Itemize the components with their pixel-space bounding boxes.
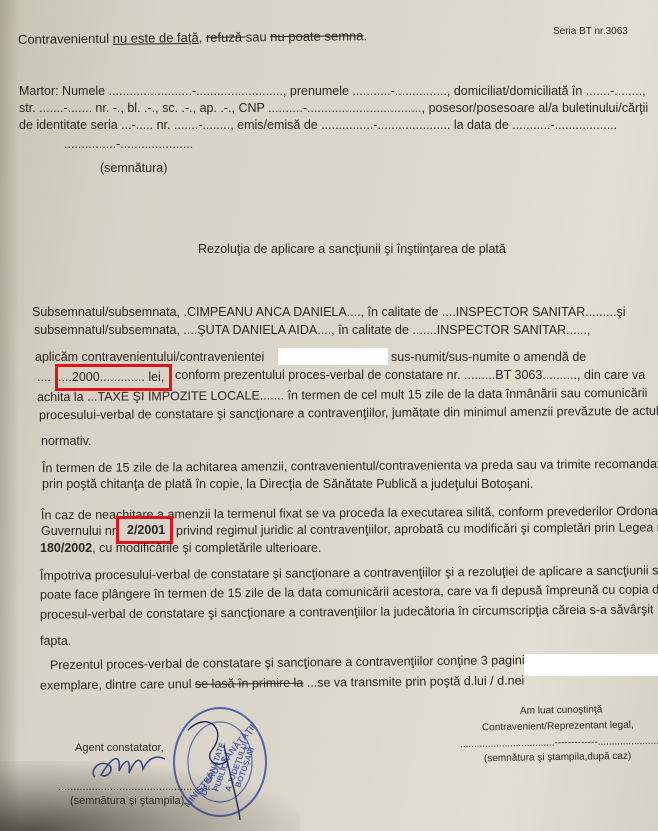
fine-line-4: procesului-verbal de constatare şi sancţ… (39, 403, 658, 423)
witness-line-2: str. .......-....... nr. -., bl. .-., sc… (19, 100, 648, 116)
presence-underlined: nu este de față (113, 30, 199, 46)
highlight-fine-amount (55, 364, 172, 391)
fine-line-1a: aplicăm contravenientului/contraveniente… (35, 349, 264, 365)
law-number: 180/2002 (40, 541, 92, 555)
copies-struck: se lasă în primire la (195, 676, 304, 691)
fine-line-1b: sus-numit/sus-numite o amendă de (391, 349, 586, 365)
resolution-title: Rezoluţia de aplicare a sancţiunii şi în… (198, 241, 506, 257)
witness-line-4: ...............-..................... (64, 136, 193, 152)
payment-line-1: În termen de 15 zile de la achitarea ame… (42, 456, 658, 476)
agent-1-line: Subsemnatul/subsemnata, .CIMPEANU ANCA D… (32, 304, 626, 320)
witness-signature-label: (semnătura) (100, 160, 167, 176)
acknowledged-label: Am luat cunoştinţă (520, 702, 603, 719)
appeal-line-4: fapta. (40, 633, 71, 649)
copies-line-2b: ...se va transmite prin poştă d.lui / d.… (303, 673, 524, 689)
redacted-offender-name (278, 348, 388, 365)
presence-statement: Contravenientul nu este de față, refuză … (18, 28, 367, 48)
witness-line-1: Martor: Numele ........................-… (19, 83, 646, 99)
enforcement-line-2a: Guvernului nr. (41, 523, 119, 539)
copies-line-2a: exemplare, dintre care unul (40, 677, 195, 693)
presence-end: . (363, 28, 367, 43)
copies-line-2: exemplare, dintre care unul se lasă în p… (40, 672, 524, 693)
fine-line-5: normativ. (41, 433, 91, 449)
payment-line-2: prin poştă chitanţa de plată în copie, l… (42, 476, 533, 492)
witness-line-3: de identitate seria ...-..... nr. ......… (19, 117, 617, 133)
enforcement-line-3b: , cu modificările şi completările ulteri… (92, 541, 321, 555)
offender-signature-label: (semnătura şi ştampila,după caz) (484, 749, 632, 768)
page-shadow-left (0, 0, 20, 831)
agent-2-line: subsemnatul/subsemnata, ....ŞUTA DANIELA… (34, 322, 590, 338)
fine-prefix: .... (37, 369, 51, 385)
redacted-recipient-name (524, 654, 658, 676)
official-stamp: MINISTERUL SĂNĂTĂŢII DE SĂNĂTATE PUBLICĂ… (168, 700, 268, 820)
fine-line-2b: conform prezentului proces-verbal de con… (175, 367, 645, 383)
fine-line-3: achita la ...TAXE ŞI IMPOZITE LOCALE....… (37, 385, 648, 405)
series-number: Seria BT nr.3063 (553, 24, 628, 40)
appeal-line-3: procesul-verbal de constatare şi sancţio… (40, 601, 654, 622)
appeal-line-1: Împotriva procesului-verbal de constatar… (40, 562, 658, 583)
presence-struck-cannot-sign: nu poate semna (270, 28, 363, 44)
offender-label: Contravenient/Reprezentant legal, (482, 718, 634, 737)
enforcement-line-3: 180/2002, cu modificările şi completăril… (40, 540, 321, 556)
presence-middle: sau (246, 29, 271, 44)
enforcement-line-2b: privind regimul juridic al contravenţiil… (176, 519, 658, 538)
appeal-line-2: poate face plângere în termen de 15 zile… (40, 581, 658, 603)
presence-prefix: Contravenientul (18, 31, 113, 47)
presence-struck-refuses: refuză (206, 29, 246, 44)
